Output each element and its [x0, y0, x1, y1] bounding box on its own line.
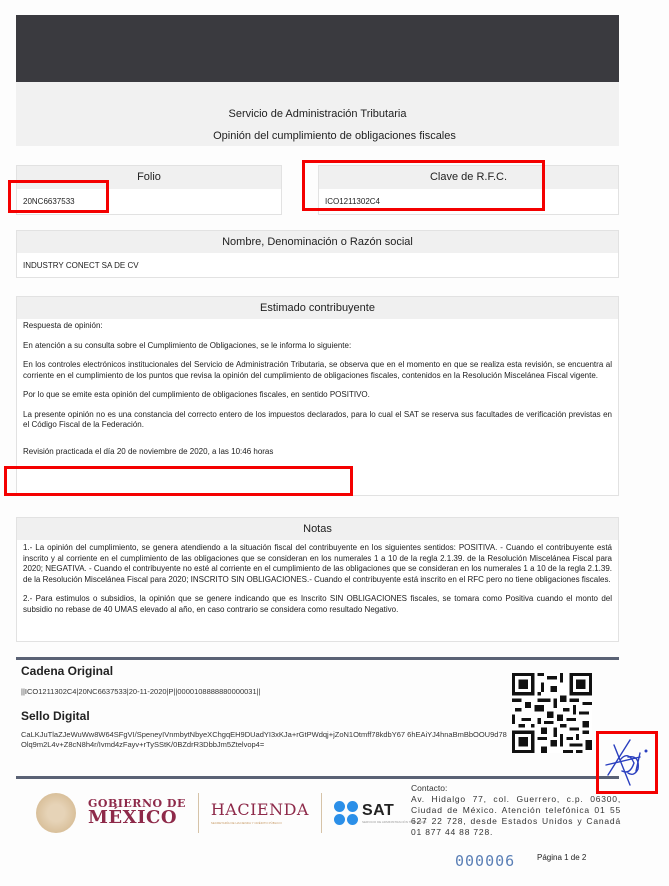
paragraph-constancia: La presente opinión no es una constancia…	[23, 410, 612, 431]
highlight-folio	[8, 180, 109, 213]
hacienda-logo: HACIENDA SECRETARÍA DE HACIENDA Y CRÉDIT…	[211, 800, 309, 825]
sat-dots-icon	[334, 801, 358, 825]
sello-digital-title: Sello Digital	[21, 709, 90, 723]
agency-name: Servicio de Administración Tributaria	[229, 108, 407, 120]
nota-2: 2.- Para estimulos o subsidios, la opini…	[23, 594, 612, 615]
cadena-original-value: ||ICO1211302C4|20NC6637533|20-11-2020|P|…	[21, 687, 261, 696]
gob-line2: MÉXICO	[88, 809, 186, 827]
cadena-original-title: Cadena Original	[21, 664, 113, 678]
contact-title: Contacto:	[411, 783, 621, 794]
notas-box: Notas 1.- La opinión del cumplimiento, s…	[16, 517, 619, 642]
nombre-value: INDUSTRY CONECT SA DE CV	[17, 253, 618, 278]
footer-divider	[16, 776, 400, 779]
paragraph-positivo: Por lo que se emite esta opinión del cum…	[23, 390, 612, 401]
paragraph-controles: En los controles electrónicos institucio…	[23, 360, 612, 381]
hacienda-text: HACIENDA	[211, 800, 309, 819]
nombre-box: Nombre, Denominación o Razón social INDU…	[16, 230, 619, 278]
logo-separator	[321, 793, 322, 833]
page-number: Página 1 de 2	[537, 853, 586, 862]
footer-divider-right	[400, 776, 619, 779]
estimado-label: Estimado contribuyente	[17, 297, 618, 319]
nombre-label: Nombre, Denominación o Razón social	[17, 231, 618, 253]
document-title: Opinión del cumplimiento de obligaciones…	[0, 130, 669, 142]
stamp-number: 000006	[455, 852, 515, 870]
contact-info: Contacto: Av. Hidalgo 77, col. Guerrero,…	[411, 783, 621, 838]
gobierno-de-mexico-logo: GOBIERNO DE MÉXICO	[88, 798, 186, 827]
government-logos: GOBIERNO DE MÉXICO HACIENDA SECRETARÍA D…	[30, 790, 426, 835]
nota-1: 1.- La opinión del cumplimiento, se gene…	[23, 543, 612, 585]
notas-label: Notas	[17, 518, 618, 540]
divider	[16, 657, 619, 660]
paragraph-consulta: En atención a su consulta sobre el Cumpl…	[23, 341, 612, 352]
coat-of-arms-icon	[36, 793, 76, 833]
sello-digital-value: CaLKJuTlaZJeWuWw8W64SFgVI/SpeneyIVnmbytN…	[21, 730, 511, 749]
qr-code-icon	[512, 673, 592, 753]
highlight-signature	[596, 731, 658, 794]
highlight-revision-date	[4, 466, 353, 496]
hacienda-subtitle: SECRETARÍA DE HACIENDA Y CRÉDITO PÚBLICO	[211, 821, 309, 825]
logo-separator	[198, 793, 199, 833]
highlight-rfc	[302, 160, 545, 211]
redacted-header-bar	[16, 15, 619, 82]
contact-body: Av. Hidalgo 77, col. Guerrero, c.p. 0630…	[411, 794, 621, 838]
revision-date: Revisión practicada el día 20 de noviemb…	[23, 447, 612, 458]
respuesta-label: Respuesta de opinión:	[23, 321, 612, 332]
